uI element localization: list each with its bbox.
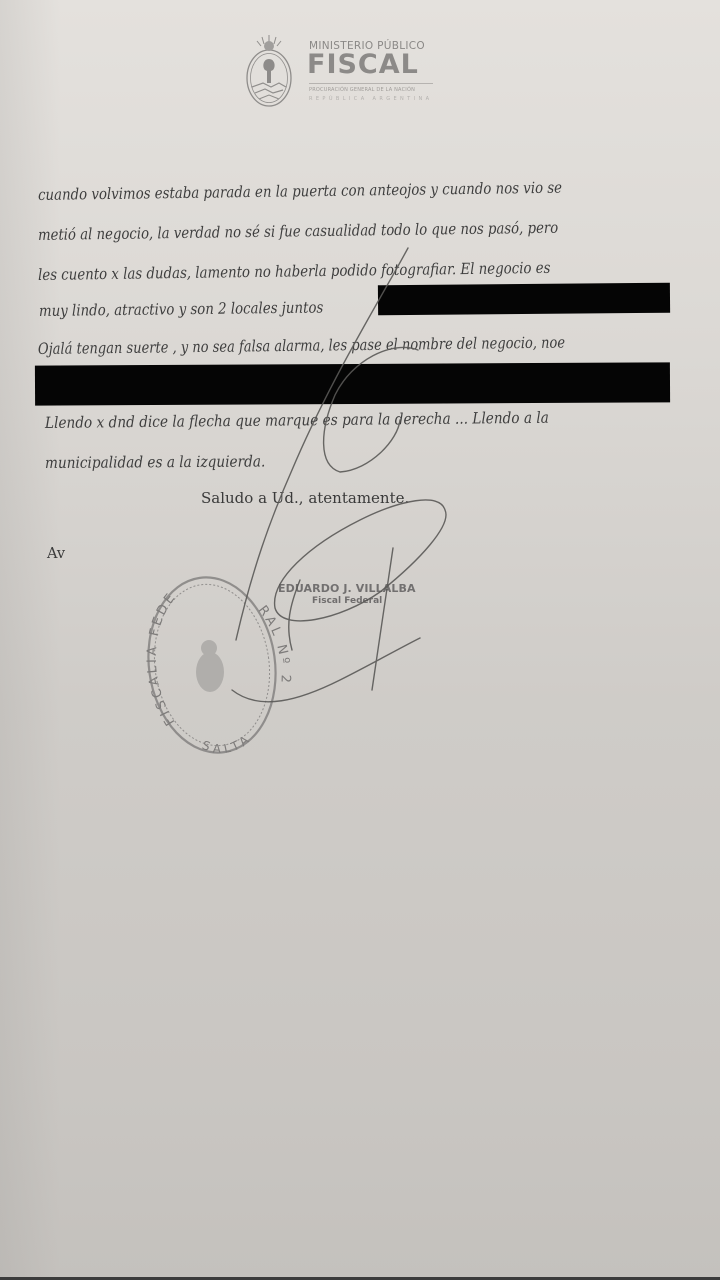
body-line-5: Ojalá tengan suerte , y no sea falsa ala…	[38, 334, 565, 358]
signature-title: Fiscal Federal	[312, 596, 382, 606]
body-line-2: metió al negocio, la verdad no sé si fue…	[38, 219, 558, 244]
body-line-3: les cuento x las dudas, lamento no haber…	[38, 259, 551, 284]
document-page: MINISTERIO PÚBLICO FISCAL PROCURACIÓN GE…	[0, 0, 720, 1280]
redacted-text-2	[35, 362, 670, 405]
letterhead-procuracion: PROCURACIÓN GENERAL DE LA NACIÓN	[309, 87, 415, 93]
stamp-text-top: FISCALIA FEDE	[145, 589, 180, 728]
letterhead-divider	[309, 83, 433, 84]
letterhead-fiscal: FISCAL	[307, 49, 419, 80]
argentina-coat-of-arms-icon	[243, 33, 295, 109]
svg-text:RAL Nº 2: RAL Nº 2	[255, 603, 293, 686]
svg-text:FISCALIA FEDE: FISCALIA FEDE	[145, 589, 180, 728]
letterhead-republica: REPÚBLICA ARGENTINA	[309, 96, 432, 102]
body-line-4: muy lindo, atractivo y son 2 locales jun…	[39, 299, 323, 320]
letterhead-logo: MINISTERIO PÚBLICO FISCAL PROCURACIÓN GE…	[243, 33, 438, 108]
closing-salutation: Saludo a Ud., atentamente.	[201, 489, 409, 507]
signature-name: EDUARDO J. VILLALBA	[278, 582, 416, 595]
body-line-1: cuando volvimos estaba parada en la puer…	[38, 179, 562, 204]
body-line-6: Llendo x dnd dice la flecha que marque e…	[45, 409, 549, 432]
recipient-prefix: Av	[47, 546, 65, 562]
body-line-7: municipalidad es a la izquierda.	[45, 452, 265, 472]
redacted-text-1	[378, 283, 670, 316]
svg-text:SALTA: SALTA	[200, 730, 254, 756]
